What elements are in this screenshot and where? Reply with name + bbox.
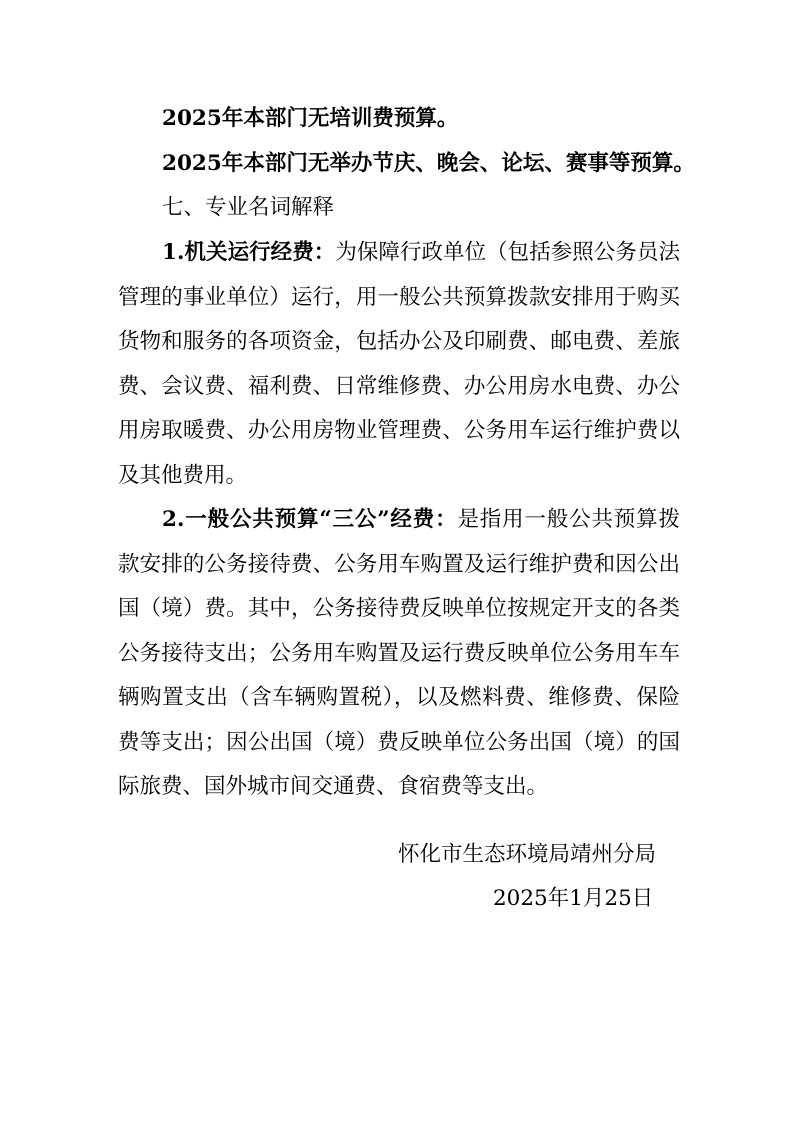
term-2-line: 公务接待支出；公务用车购置及运行费反映单位公务用车车 — [118, 639, 680, 669]
term-2-text: 是指用一般公共预算拨 — [457, 507, 680, 532]
document-page: 2025年本部门无培训费预算。 2025年本部门无举办节庆、晚会、论坛、赛事等预… — [0, 0, 793, 1122]
term-2-line: 辆购置支出（含车辆购置税），以及燃料费、维修费、保险 — [118, 683, 680, 713]
term-1-line: 费、会议费、福利费、日常维修费、办公用房水电费、办公 — [118, 372, 680, 402]
term-1-line: 用房取暖费、办公用房物业管理费、公务用车运行维护费以 — [118, 416, 680, 446]
term-1-line: 及其他费用。 — [118, 461, 680, 491]
term-1-first-line: 1.机关运行经费：为保障行政单位（包括参照公务员法 — [162, 238, 680, 268]
term-2-line: 际旅费、国外城市间交通费、食宿费等支出。 — [118, 772, 680, 802]
statement-events-budget: 2025年本部门无举办节庆、晚会、论坛、赛事等预算。 — [162, 149, 680, 179]
signature-date: 2025年1月25日 — [493, 884, 653, 914]
section-heading: 七、专业名词解释 — [162, 193, 680, 223]
term-2-label: 2.一般公共预算“三公”经费： — [162, 507, 457, 532]
term-2-line: 费等支出；因公出国（境）费反映单位公务出国（境）的国 — [118, 728, 680, 758]
signature-organization: 怀化市生态环境局靖州分局 — [398, 840, 656, 870]
term-1-text: 为保障行政单位（包括参照公务员法 — [335, 240, 680, 265]
term-1-line: 管理的事业单位）运行，用一般公共预算拨款安排用于购买 — [118, 283, 680, 313]
term-2-first-line: 2.一般公共预算“三公”经费：是指用一般公共预算拨 — [162, 505, 680, 535]
term-2-line: 款安排的公务接待费、公务用车购置及运行维护费和因公出 — [118, 550, 680, 580]
statement-training-budget: 2025年本部门无培训费预算。 — [162, 104, 680, 134]
term-1-label: 1.机关运行经费： — [162, 240, 335, 265]
term-1-line: 货物和服务的各项资金，包括办公及印刷费、邮电费、差旅 — [118, 327, 680, 357]
term-2-line: 国（境）费。其中，公务接待费反映单位按规定开支的各类 — [118, 594, 680, 624]
